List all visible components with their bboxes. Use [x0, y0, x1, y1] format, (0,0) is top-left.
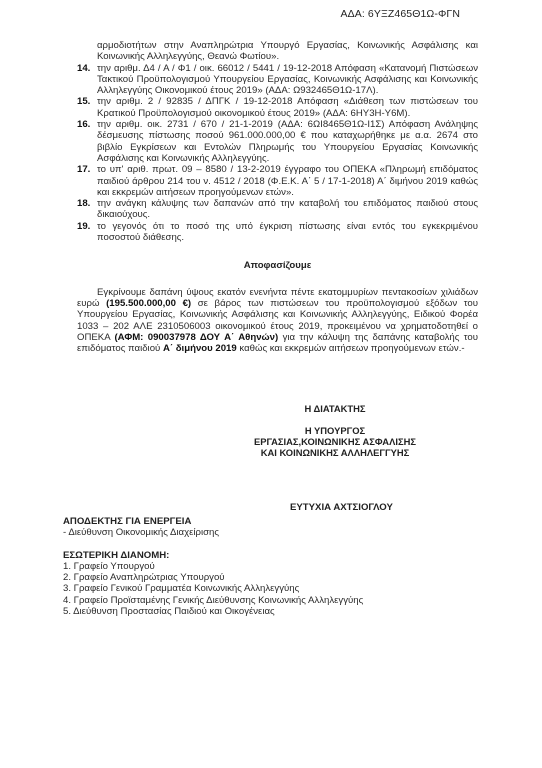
- list-item: 17. το υπ' αριθ. πρωτ. 09 – 8580 / 13-2-…: [77, 164, 478, 198]
- decision-paragraph: Εγκρίνουμε δαπάνη ύψους εκατόν ενενήντα …: [77, 287, 478, 355]
- list-item: 15. την αριθμ. 2 / 92835 / ΔΠΓΚ / 19-12-…: [77, 96, 478, 119]
- decision-heading: Αποφασίζουμε: [77, 260, 478, 271]
- decision-text: καθώς και εκκρεμών αιτήσεων προηγούμενων…: [237, 343, 465, 354]
- item-text: το υπ' αριθ. πρωτ. 09 – 8580 / 13-2-2019…: [97, 164, 478, 198]
- internal-heading: ΕΣΩΤΕΡΙΚΗ ΔΙΑΝΟΜΗ:: [63, 550, 463, 561]
- list-item: 16. την αριθμ. οικ. 2731 / 670 / 21-1-20…: [77, 119, 478, 164]
- internal-item: 1. Γραφείο Υπουργού: [63, 561, 463, 572]
- item-number: 19.: [77, 221, 90, 232]
- item-number: 16.: [77, 119, 90, 130]
- list-item: 18. την ανάγκη κάλυψης των δαπανών από τ…: [77, 198, 478, 221]
- action-item: - Διεύθυνση Οικονομικής Διαχείρισης: [63, 527, 463, 538]
- action-heading: ΑΠΟΔΕΚΤΗΣ ΓΙΑ ΕΝΕΡΓΕΙΑ: [63, 516, 463, 527]
- ada-code: ΑΔΑ: 6ΥΞΖ465Θ1Ω-ΦΓΝ: [341, 9, 460, 20]
- internal-item: 5. Διεύθυνση Προστασίας Παιδιού και Οικο…: [63, 606, 463, 617]
- signature-title-line: ΚΑΙ ΚΟΙΝΩΝΙΚΗΣ ΑΛΛΗΛΕΓΓΥΗΣ: [220, 447, 450, 458]
- internal-item: 4. Γραφείο Προϊσταμένης Γενικής Διεύθυνσ…: [63, 595, 463, 606]
- signature-title: Η ΥΠΟΥΡΓΟΣ ΕΡΓΑΣΙΑΣ,ΚΟΙΝΩΝΙΚΗΣ ΑΣΦΑΛΙΣΗΣ…: [220, 425, 450, 458]
- signature-title-line: Η ΥΠΟΥΡΓΟΣ: [220, 425, 450, 436]
- decision-afm: (ΑΦΜ: 090037978 ΔΟΥ Α΄ Αθηνών): [114, 332, 278, 343]
- recipients: ΑΠΟΔΕΚΤΗΣ ΓΙΑ ΕΝΕΡΓΕΙΑ - Διεύθυνση Οικον…: [63, 516, 463, 617]
- internal-item: 2. Γραφείο Αναπληρώτριας Υπουργού: [63, 572, 463, 583]
- continuation-text: αρμοδιοτήτων στην Αναπληρώτρια Υπουργό Ε…: [77, 40, 478, 63]
- item-text: το γεγονός ότι το ποσό της υπό έγκριση π…: [97, 221, 478, 244]
- decision-period: Α΄ διμήνου 2019: [163, 343, 237, 354]
- internal-item: 3. Γραφείο Γενικού Γραμματέα Κοινωνικής …: [63, 583, 463, 594]
- item-text: την αριθμ. 2 / 92835 / ΔΠΓΚ / 19-12-2018…: [97, 96, 478, 119]
- item-text: την αριθμ. οικ. 2731 / 670 / 21-1-2019 (…: [97, 119, 478, 164]
- document-body: αρμοδιοτήτων στην Αναπληρώτρια Υπουργό Ε…: [77, 40, 478, 354]
- signature-authority: Η ΔΙΑΤΑΚΤΗΣ: [220, 403, 450, 414]
- item-number: 14.: [77, 63, 90, 74]
- item-number: 18.: [77, 198, 90, 209]
- list-item: 19. το γεγονός ότι το ποσό της υπό έγκρι…: [77, 221, 478, 244]
- item-number: 15.: [77, 96, 90, 107]
- signer-name: ΕΥΤΥΧΙΑ ΑΧΤΣΙΟΓΛΟΥ: [290, 502, 393, 513]
- item-text: την ανάγκη κάλυψης των δαπανών από την κ…: [97, 198, 478, 221]
- item-number: 17.: [77, 164, 90, 175]
- item-text: την αριθμ. Δ4 / Α / Φ1 / οικ. 66012 / 54…: [97, 63, 478, 97]
- decision-amount: (195.500.000,00 €): [106, 298, 191, 309]
- list-item: 14. την αριθμ. Δ4 / Α / Φ1 / οικ. 66012 …: [77, 63, 478, 97]
- signature-title-line: ΕΡΓΑΣΙΑΣ,ΚΟΙΝΩΝΙΚΗΣ ΑΣΦΑΛΙΣΗΣ: [220, 436, 450, 447]
